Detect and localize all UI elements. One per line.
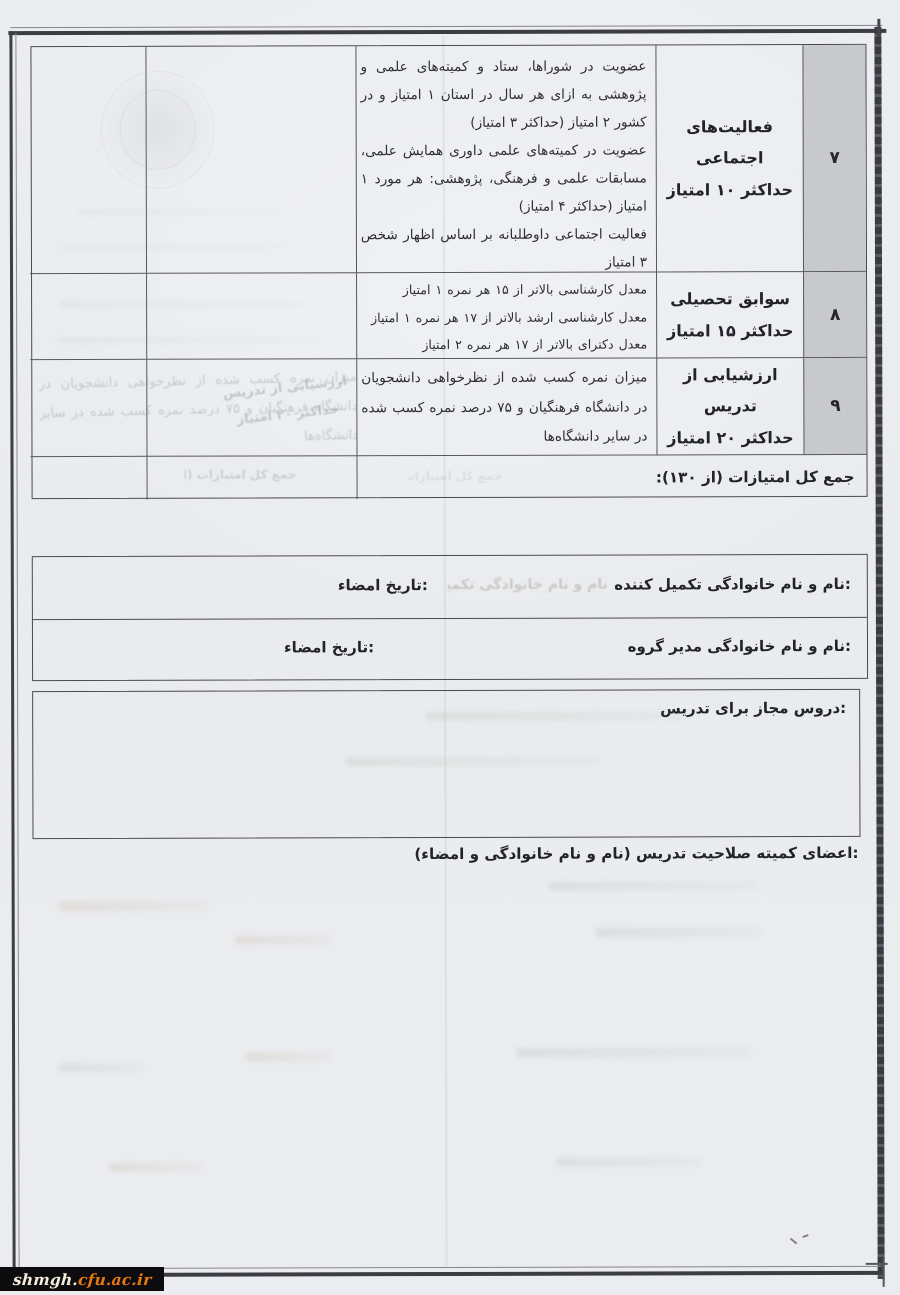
bleed-smudge xyxy=(596,927,761,937)
bleed-smudge xyxy=(425,711,690,721)
completer-row: نام و نام خانوادگی تکمیل کننده: تاریخ ام… xyxy=(33,555,867,620)
criteria-item: عضویت در کمیته‌های علمی داوری همایش علمی… xyxy=(361,136,647,221)
manager-row: نام و نام خانوادگی مدیر گروه: تاریخ امضا… xyxy=(33,618,867,682)
bleed-smudge xyxy=(345,757,600,767)
completer-name-label: نام و نام خانوادگی تکمیل کننده: xyxy=(614,575,851,594)
score-entry-cell xyxy=(30,274,146,360)
criteria-item: عضویت در شوراها، ستاد و کمیته‌های علمی و… xyxy=(360,52,646,137)
frame-corner-bottomright-v xyxy=(883,1259,885,1287)
row-number-cell: ۹ xyxy=(803,358,866,455)
page-frame-top-thin xyxy=(10,25,882,28)
total-score-row: جمع کل امتیازات (از ۱۳۰): xyxy=(356,455,866,499)
score-entry-cell xyxy=(30,360,146,457)
score-entry-cell xyxy=(146,359,356,457)
bleed-smudge xyxy=(246,1052,331,1061)
bleed-smudge xyxy=(79,208,279,216)
bleed-smudge xyxy=(556,1157,701,1166)
bleed-smudge xyxy=(549,881,759,891)
sign-date-label: تاریخ امضاء: xyxy=(284,638,374,656)
total-score-entry-cell xyxy=(146,456,356,500)
watermark-domain-part: cfu.ac.ir xyxy=(77,1270,152,1289)
emblem-ghost xyxy=(100,71,214,189)
row-title-cell: فعالیت‌های اجتماعی حداکثر ۱۰ امتیاز xyxy=(655,45,803,272)
bleed-smudge xyxy=(59,1063,144,1072)
signoff-box: نام و نام خانوادگی تکمیل کننده: تاریخ ام… xyxy=(32,554,868,681)
criteria-cell: معدل کارشناسی بالاتر از ۱۵ هر نمره ۱ امت… xyxy=(356,272,656,359)
total-score-label: جمع کل امتیازات (از ۱۳۰): xyxy=(656,467,855,486)
criteria-item: فعالیت اجتماعی داوطلبانه بر اساس اظهار ش… xyxy=(361,220,647,273)
bleed-smudge xyxy=(59,300,309,308)
row-title: ارزشیابی از تدریس xyxy=(663,359,797,422)
page-frame-right xyxy=(874,27,884,1279)
row-title: سوابق تحصیلی xyxy=(670,283,790,315)
score-entry-cell xyxy=(146,273,356,360)
bleed-smudge xyxy=(516,1047,751,1058)
committee-members-label: اعضای کمیته صلاحیت تدریس (نام و نام خانو… xyxy=(414,844,858,863)
frame-corner-topright xyxy=(877,19,880,37)
watermark-site-part: shmgh. xyxy=(12,1270,78,1289)
row-max-score: حداکثر ۲۰ امتیاز xyxy=(667,422,793,454)
row-max-score: حداکثر ۱۰ امتیاز xyxy=(667,174,793,206)
criteria-cell: عضویت در شوراها، ستاد و کمیته‌های علمی و… xyxy=(355,45,656,273)
row-title: فعالیت‌های اجتماعی xyxy=(663,111,797,174)
bleed-smudge xyxy=(57,336,319,344)
pen-speck xyxy=(802,1234,808,1238)
sign-date-label: تاریخ امضاء: xyxy=(338,576,428,594)
criteria-item: میزان نمره کسب شده از نظرخواهی دانشجویان… xyxy=(361,363,647,452)
bleed-smudge xyxy=(236,935,331,944)
scanned-document: ۷ فعالیت‌های اجتماعی حداکثر ۱۰ امتیاز عض… xyxy=(0,0,900,1295)
criteria-item: معدل کارشناسی بالاتر از ۱۵ هر نمره ۱ امت… xyxy=(361,275,647,303)
bleed-smudge xyxy=(109,1163,204,1172)
criteria-item: معدل کارشناسی ارشد بالاتر از ۱۷ هر نمره … xyxy=(361,303,647,331)
criteria-cell: میزان نمره کسب شده از نظرخواهی دانشجویان… xyxy=(356,358,656,456)
page-frame-top xyxy=(8,29,886,35)
ghost-completer-label: نام و نام خانوادگی تکمیل کننده: xyxy=(448,577,608,593)
page-frame-left xyxy=(9,31,15,1277)
total-score-entry-cell xyxy=(31,457,147,500)
row-number-cell: ۷ xyxy=(802,45,866,272)
row-title-cell: سوابق تحصیلی حداکثر ۱۵ امتیاز xyxy=(656,272,803,358)
pen-speck xyxy=(790,1238,797,1245)
manager-name-label: نام و نام خانوادگی مدیر گروه: xyxy=(628,637,851,656)
criteria-item: معدل دکترای بالاتر از ۱۷ هر نمره ۲ امتیا… xyxy=(361,330,647,358)
site-watermark-text: shmgh.cfu.ac.ir xyxy=(12,1270,152,1289)
row-number-cell: ۸ xyxy=(803,272,866,358)
page-frame-left-thin xyxy=(15,33,19,1273)
site-watermark: shmgh.cfu.ac.ir xyxy=(0,1267,164,1291)
bleed-smudge xyxy=(59,901,209,911)
row-max-score: حداکثر ۱۵ امتیاز xyxy=(667,315,793,347)
bleed-smudge xyxy=(61,243,296,251)
row-title-cell: ارزشیابی از تدریس حداکثر ۲۰ امتیاز xyxy=(656,358,803,455)
